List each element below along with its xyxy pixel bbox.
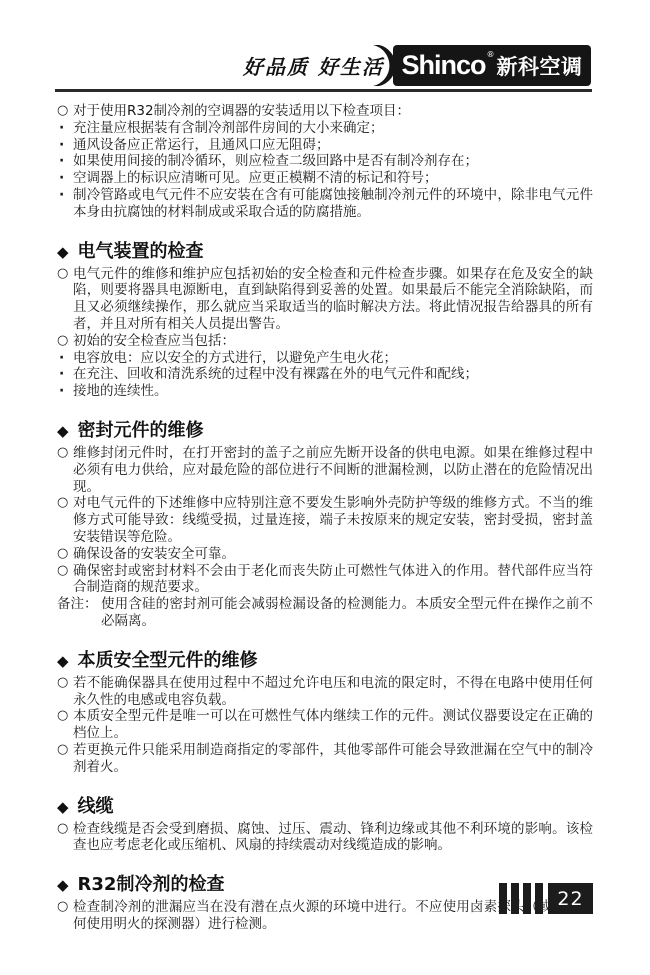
- bullet-dot-icon: ·: [57, 350, 73, 367]
- list-item: ·如果使用间接的制冷循环，则应检查二级回路中是否有制冷剂存在；: [57, 153, 593, 170]
- section-title-text: 密封元件的维修: [78, 420, 204, 442]
- diamond-icon: ◆: [57, 241, 69, 263]
- bullet-circle-icon: ○: [57, 495, 73, 512]
- list-item: ·在充注、回收和清洗系统的过程中没有裸露在外的电气元件和配线；: [57, 366, 593, 383]
- bullet-circle-icon: ○: [57, 546, 73, 563]
- section: ◆电气装置的检查○电气元件的维修和维护应包括初始的安全检查和元件检查步骤。如果存…: [57, 241, 593, 400]
- list-item: ○若不能确保器具在使用过程中不超过允许电压和电流的限定时，不得在电路中使用任何永…: [57, 675, 593, 709]
- list-item: ·通风设备应正常运行，且通风口应无阻碍；: [57, 137, 593, 154]
- bullet-dot-icon: ·: [57, 170, 73, 187]
- list-item: ○本质安全型元件是唯一可以在可燃性气体内继续工作的元件。测试仪器要设定在正确的档…: [57, 708, 593, 742]
- bullet-dot-icon: ·: [57, 153, 73, 170]
- footer-bar-decoration: [535, 883, 543, 914]
- brand-logo: Shinco ® 新科空调: [371, 45, 591, 86]
- note-item: 备注：使用含硅的密封剂可能会减弱检漏设备的检测能力。本质安全型元件在操作之前不必…: [57, 596, 593, 630]
- diamond-icon: ◆: [57, 650, 69, 672]
- registered-mark-icon: ®: [487, 50, 495, 59]
- bullet-circle-icon: ○: [57, 103, 73, 120]
- list-item: ·空调器上的标识应清晰可见。应更正模糊不清的标记和符号；: [57, 170, 593, 187]
- item-text: 制冷管路或电气元件不应安装在含有可能腐蚀接触制冷剂元件的环境中，除非电气元件本身…: [73, 187, 593, 221]
- item-text: 本质安全型元件是唯一可以在可燃性气体内继续工作的元件。测试仪器要设定在正确的档位…: [73, 708, 593, 742]
- section: ◆线缆○检查线缆是否会受到磨损、腐蚀、过压、震动、锋利边缘或其他不利环境的影响。…: [57, 796, 593, 855]
- list-item: ○确保密封或密封材料不会由于老化而丧失防止可燃性气体进入的作用。替代部件应当符合…: [57, 563, 593, 597]
- item-text: 维修封闭元件时，在打开密封的盖子之前应先断开设备的供电电源。如果在维修过程中必须…: [73, 445, 593, 495]
- bullet-dot-icon: ·: [57, 383, 73, 400]
- bullet-circle-icon: ○: [57, 266, 73, 283]
- bullet-circle-icon: ○: [57, 445, 73, 462]
- list-item: ○初始的安全检查应当包括：: [57, 333, 593, 350]
- bullet-circle-icon: ○: [57, 563, 73, 580]
- section-heading: ◆本质安全型元件的维修: [57, 650, 593, 672]
- page-number-badge: 22: [548, 883, 593, 914]
- document-body: ○对于使用R32制冷剂的空调器的安装适用以下检查项目：·充注量应根据装有含制冷剂…: [0, 103, 650, 933]
- item-text: 若更换元件只能采用制造商指定的零部件，其他零部件可能会导致泄漏在空气中的制冷剂着…: [73, 742, 593, 776]
- diamond-icon: ◆: [57, 874, 69, 896]
- item-text: 若不能确保器具在使用过程中不超过允许电压和电流的限定时，不得在电路中使用任何永久…: [73, 675, 593, 709]
- footer-bar-decoration: [499, 883, 507, 914]
- diamond-icon: ◆: [57, 796, 69, 818]
- bullet-dot-icon: ·: [57, 120, 73, 137]
- section-heading: ◆电气装置的检查: [57, 241, 593, 263]
- list-item: ○检查线缆是否会受到磨损、腐蚀、过压、震动、锋利边缘或其他不利环境的影响。该检查…: [57, 821, 593, 855]
- list-item: ·制冷管路或电气元件不应安装在含有可能腐蚀接触制冷剂元件的环境中，除非电气元件本…: [57, 187, 593, 221]
- list-item: ○对于使用R32制冷剂的空调器的安装适用以下检查项目：: [57, 103, 593, 120]
- item-text: 检查线缆是否会受到磨损、腐蚀、过压、震动、锋利边缘或其他不利环境的影响。该检查也…: [73, 821, 593, 855]
- footer-bar-decoration: [511, 883, 519, 914]
- section: ◆本质安全型元件的维修○若不能确保器具在使用过程中不超过允许电压和电流的限定时，…: [57, 650, 593, 776]
- section: ◆密封元件的维修○维修封闭元件时，在打开密封的盖子之前应先断开设备的供电电源。如…: [57, 420, 593, 630]
- page-number: 22: [557, 888, 583, 910]
- item-text: 对电气元件的下述维修中应特别注意不要发生影响外壳防护等级的维修方式。不当的维修方…: [73, 495, 593, 545]
- bullet-circle-icon: ○: [57, 821, 73, 838]
- item-text: 在充注、回收和清洗系统的过程中没有裸露在外的电气元件和配线；: [73, 366, 593, 383]
- list-item: ·接地的连续性。: [57, 383, 593, 400]
- bullet-circle-icon: ○: [57, 333, 73, 350]
- item-text: 确保密封或密封材料不会由于老化而丧失防止可燃性气体进入的作用。替代部件应当符合制…: [73, 563, 593, 597]
- brand-name: Shinco: [401, 50, 485, 81]
- item-text: 初始的安全检查应当包括：: [73, 333, 593, 350]
- item-text: 空调器上的标识应清晰可见。应更正模糊不清的标记和符号；: [73, 170, 593, 187]
- section-heading: ◆线缆: [57, 796, 593, 818]
- footer-bar-decoration: [523, 883, 531, 914]
- item-text: 通风设备应正常运行，且通风口应无阻碍；: [73, 137, 593, 154]
- item-text: 如果使用间接的制冷循环，则应检查二级回路中是否有制冷剂存在；: [73, 153, 593, 170]
- bullet-circle-icon: ○: [57, 708, 73, 725]
- diamond-icon: ◆: [57, 420, 69, 442]
- item-text: 充注量应根据装有含制冷剂部件房间的大小来确定；: [73, 120, 593, 137]
- list-item: ○若更换元件只能采用制造商指定的零部件，其他零部件可能会导致泄漏在空气中的制冷剂…: [57, 742, 593, 776]
- manual-page: 好品质 好生活 Shinco ® 新科空调 ○对于使用R32制冷剂的空调器的安装…: [0, 0, 650, 975]
- logo-box: Shinco ® 新科空调: [393, 45, 591, 86]
- section-title-text: 本质安全型元件的维修: [78, 650, 258, 672]
- page-header: 好品质 好生活 Shinco ® 新科空调: [0, 0, 650, 103]
- header-divider: [55, 89, 592, 92]
- logo-crescent-icon: [371, 45, 393, 86]
- bullet-dot-icon: ·: [57, 187, 73, 204]
- list-item: ·电容放电：应以安全的方式进行，以避免产生电火花；: [57, 350, 593, 367]
- bullet-circle-icon: ○: [57, 742, 73, 759]
- list-item: ○电气元件的维修和维护应包括初始的安全检查和元件检查步骤。如果存在危及安全的缺陷…: [57, 266, 593, 333]
- item-text: 电容放电：应以安全的方式进行，以避免产生电火花；: [73, 350, 593, 367]
- bullet-circle-icon: ○: [57, 899, 73, 916]
- brand-name-cn: 新科空调: [497, 51, 583, 81]
- page-footer: 22: [499, 883, 593, 914]
- bullet-dot-icon: ·: [57, 137, 73, 154]
- item-text: 接地的连续性。: [73, 383, 593, 400]
- brand-slogan: 好品质 好生活: [243, 51, 384, 80]
- section-title-text: 电气装置的检查: [78, 241, 204, 263]
- item-text: 确保设备的安装安全可靠。: [73, 546, 593, 563]
- item-text: 对于使用R32制冷剂的空调器的安装适用以下检查项目：: [73, 103, 593, 120]
- bullet-dot-icon: ·: [57, 366, 73, 383]
- section-title-text: 线缆: [78, 796, 114, 818]
- list-item: ○对电气元件的下述维修中应特别注意不要发生影响外壳防护等级的维修方式。不当的维修…: [57, 495, 593, 545]
- section-title-text: R32制冷剂的检查: [78, 874, 225, 896]
- list-item: ○维修封闭元件时，在打开密封的盖子之前应先断开设备的供电电源。如果在维修过程中必…: [57, 445, 593, 495]
- item-text: 使用含硅的密封剂可能会减弱检漏设备的检测能力。本质安全型元件在操作之前不必隔离。: [101, 596, 593, 630]
- bullet-circle-icon: ○: [57, 675, 73, 692]
- list-item: ·充注量应根据装有含制冷剂部件房间的大小来确定；: [57, 120, 593, 137]
- section: ○对于使用R32制冷剂的空调器的安装适用以下检查项目：·充注量应根据装有含制冷剂…: [57, 103, 593, 221]
- list-item: ○确保设备的安装安全可靠。: [57, 546, 593, 563]
- item-text: 电气元件的维修和维护应包括初始的安全检查和元件检查步骤。如果存在危及安全的缺陷，…: [73, 266, 593, 333]
- note-label: 备注：: [57, 596, 101, 613]
- section-heading: ◆密封元件的维修: [57, 420, 593, 442]
